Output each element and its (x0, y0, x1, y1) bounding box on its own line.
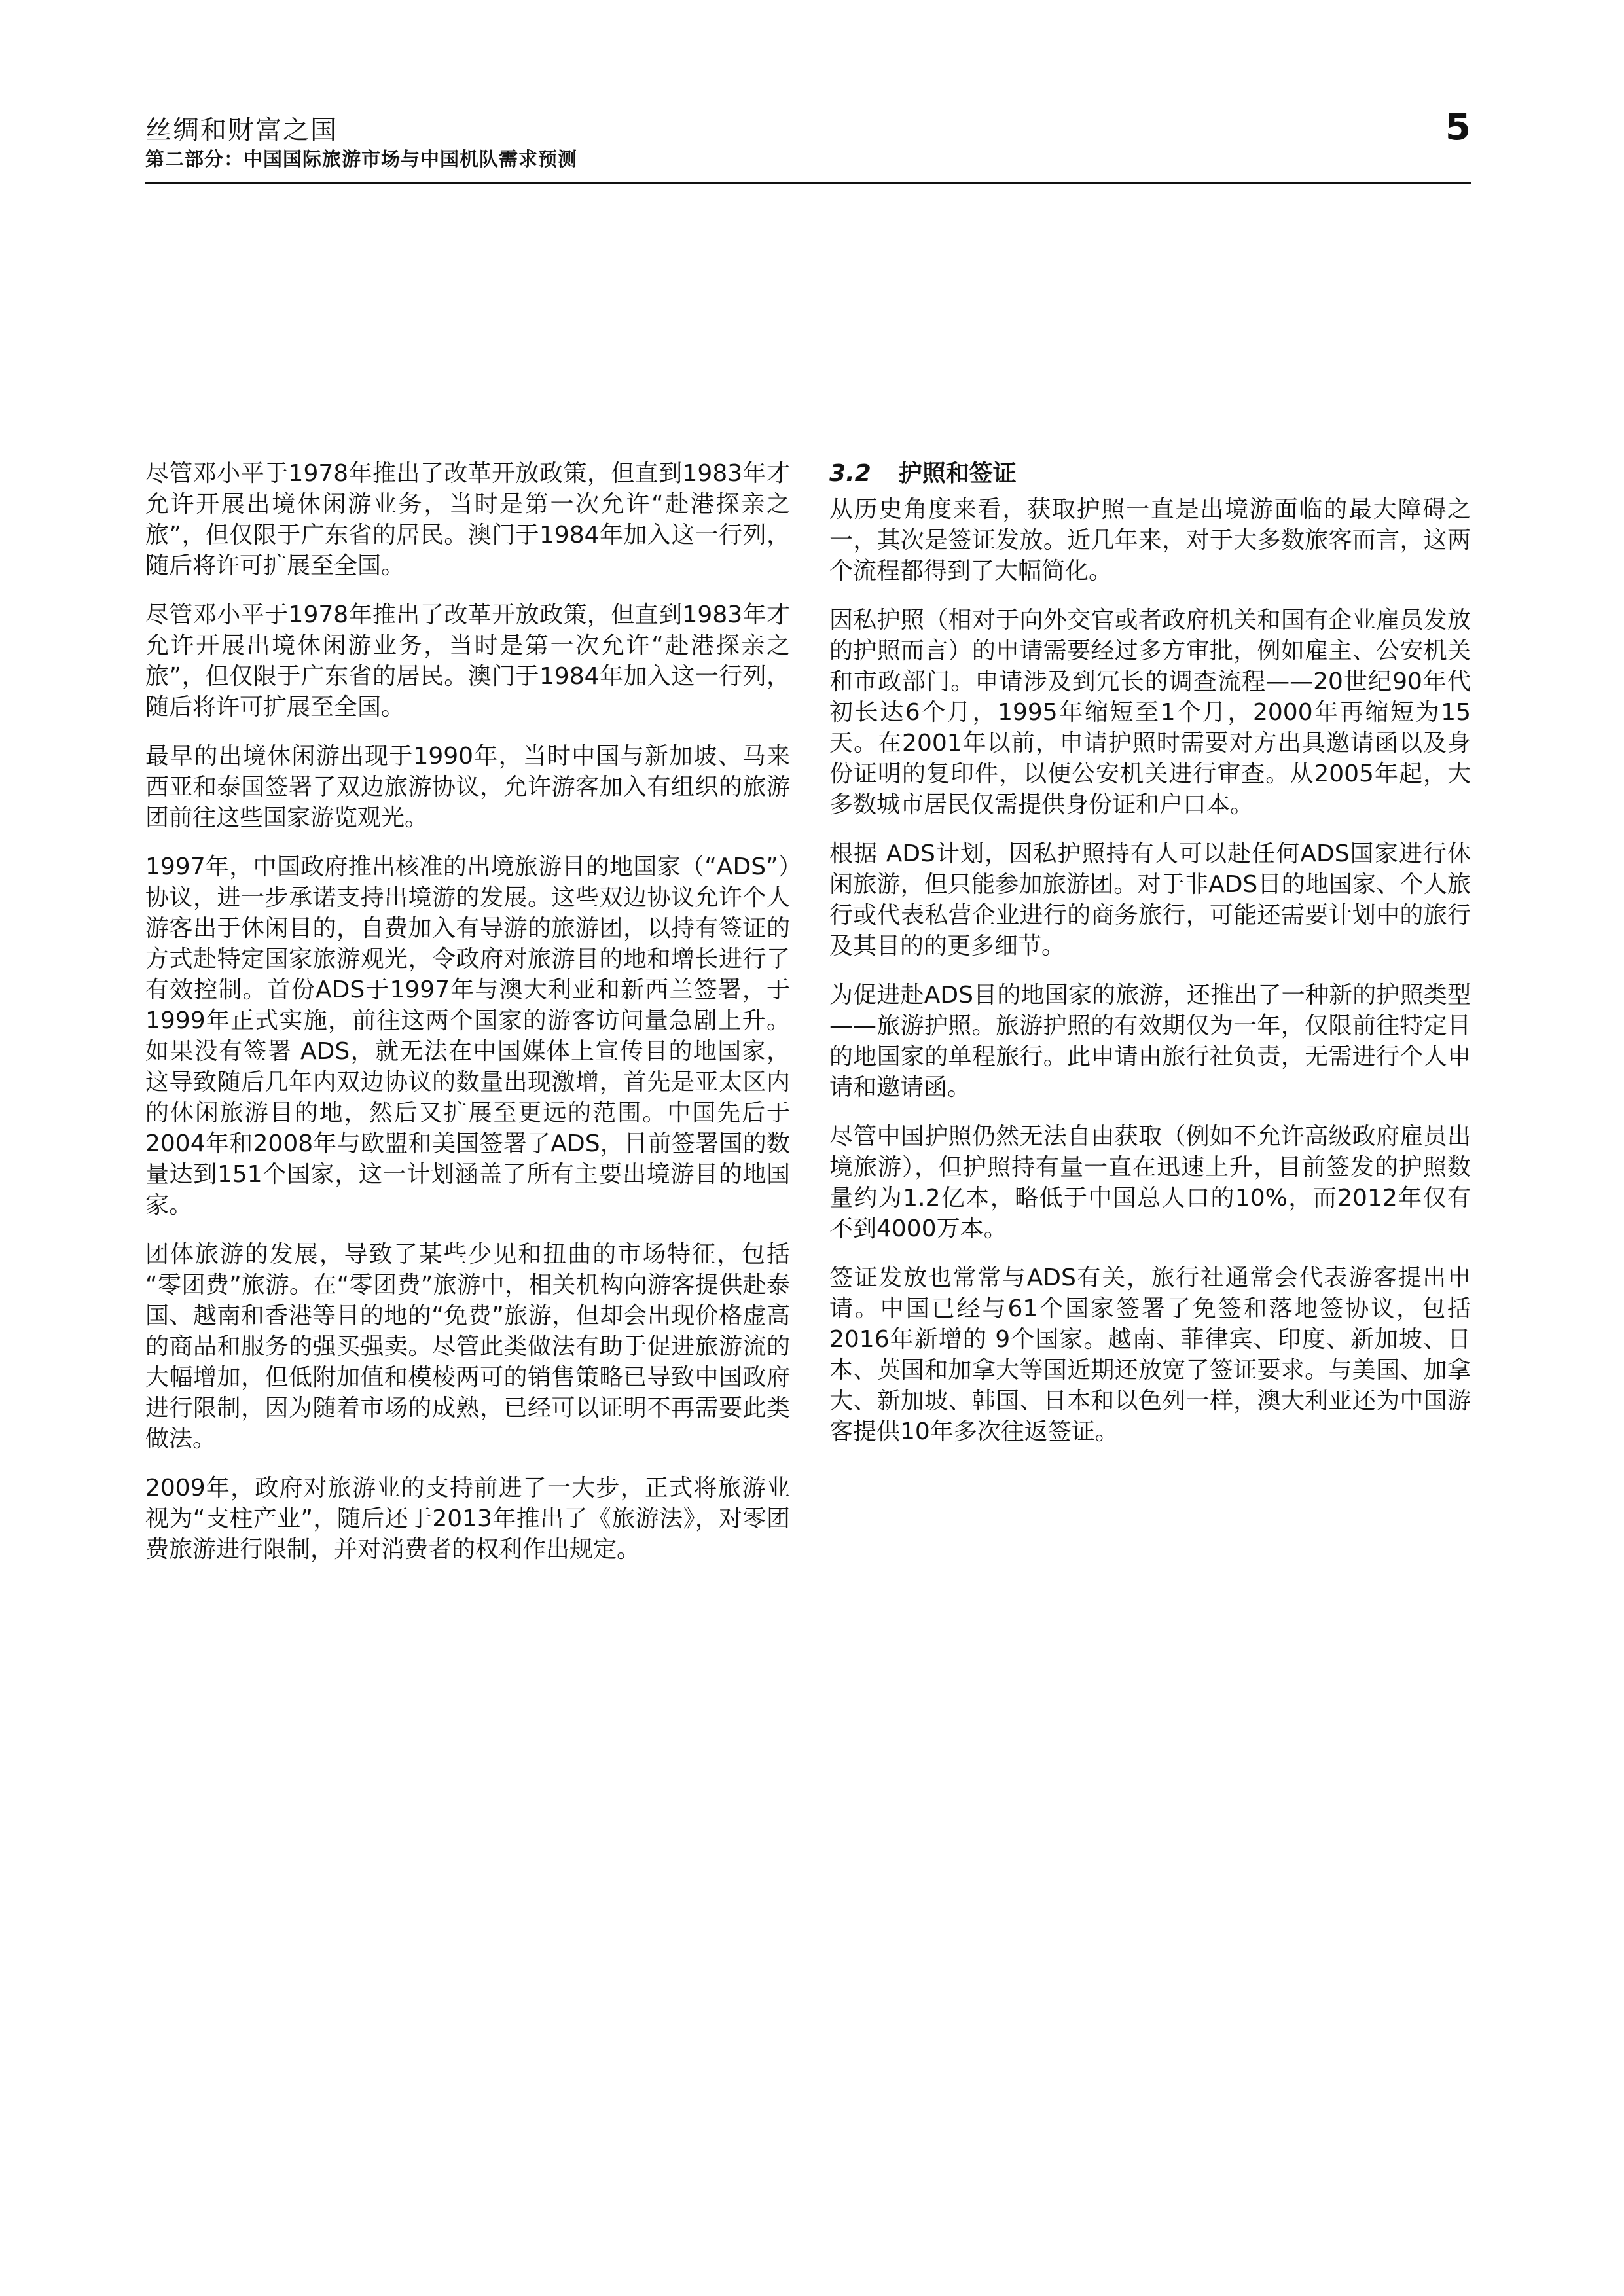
paragraph-left-5: 团体旅游的发展，导致了某些少见和扭曲的市场特征，包括“零团费”旅游。在“零团费”… (145, 1239, 790, 1454)
paragraph-left-4: 1997年，中国政府推出核准的出境旅游目的地国家（“ADS”）协议，进一步承诺支… (145, 852, 790, 1221)
paragraph-right-4: 为促进赴ADS目的地国家的旅游，还推出了一种新的护照类型——旅游护照。旅游护照的… (829, 980, 1471, 1103)
paragraph-left-3: 最早的出境休闲游出现于1990年，当时中国与新加坡、马来西亚和泰国签署了双边旅游… (145, 741, 790, 833)
section-heading: 3.2护照和签证 (829, 458, 1471, 489)
header-rule (145, 182, 1471, 184)
right-column: 3.2护照和签证 从历史角度来看，获取护照一直是出境游面临的最大障碍之一，其次是… (829, 458, 1471, 1583)
left-column: 尽管邓小平于1978年推出了改革开放政策，但直到1983年才允许开展出境休闲游业… (145, 458, 790, 1583)
report-title: 丝绸和财富之国 (145, 109, 338, 147)
section-title: 护照和签证 (899, 460, 1017, 487)
document-page: 丝绸和财富之国 第二部分：中国国际旅游市场与中国机队需求预测 5 尽管邓小平于1… (0, 0, 1624, 2296)
body-content: 尽管邓小平于1978年推出了改革开放政策，但直到1983年才允许开展出境休闲游业… (145, 458, 1471, 1583)
paragraph-right-5: 尽管中国护照仍然无法自由获取（例如不允许高级政府雇员出境旅游），但护照持有量一直… (829, 1121, 1471, 1244)
page-number: 5 (1362, 106, 1471, 149)
report-subtitle: 第二部分：中国国际旅游市场与中国机队需求预测 (145, 145, 577, 171)
section-number: 3.2 (829, 460, 871, 487)
paragraph-right-2: 因私护照（相对于向外交官或者政府机关和国有企业雇员发放的护照而言）的申请需要经过… (829, 605, 1471, 820)
paragraph-left-1: 尽管邓小平于1978年推出了改革开放政策，但直到1983年才允许开展出境休闲游业… (145, 458, 790, 581)
paragraph-right-3: 根据 ADS计划，因私护照持有人可以赴任何ADS国家进行休闲旅游，但只能参加旅游… (829, 838, 1471, 961)
paragraph-right-6: 签证发放也常常与ADS有关，旅行社通常会代表游客提出申请。中国已经与61个国家签… (829, 1263, 1471, 1447)
paragraph-left-6: 2009年，政府对旅游业的支持前进了一大步，正式将旅游业视为“支柱产业”，随后还… (145, 1473, 790, 1565)
paragraph-left-2: 尽管邓小平于1978年推出了改革开放政策，但直到1983年才允许开展出境休闲游业… (145, 600, 790, 723)
paragraph-right-1: 从历史角度来看，获取护照一直是出境游面临的最大障碍之一，其次是签证发放。近几年来… (829, 494, 1471, 586)
